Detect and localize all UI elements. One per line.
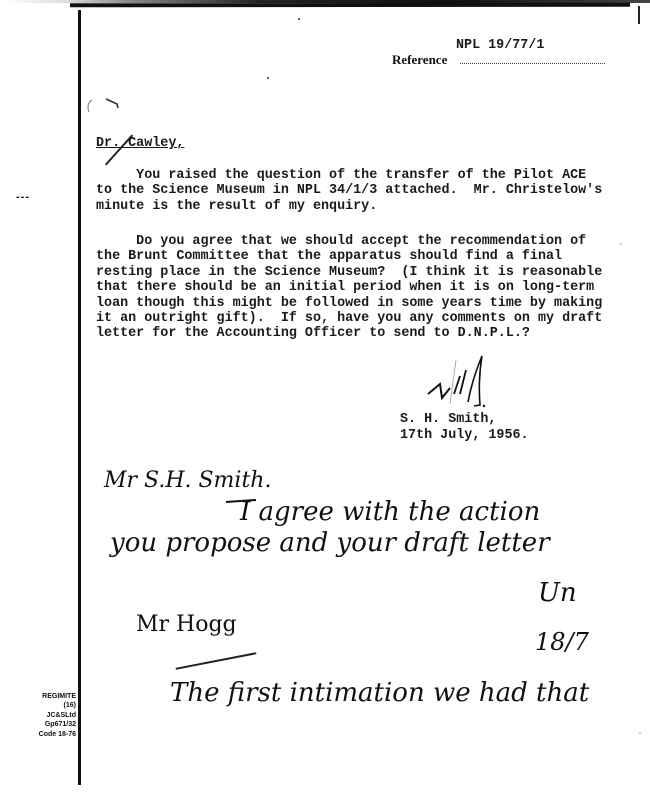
handwritten-line-1: I agree with the action — [240, 497, 540, 527]
printer-imprint: REGIMITE (16) JC&SLtd Gp671/32 Code 18-7… — [2, 692, 76, 739]
reference-label: Reference — [392, 52, 447, 68]
margin-dash-mark: --- — [16, 191, 30, 203]
handwritten-addressee: Mr S.H. Smith. — [104, 468, 271, 493]
handwritten-line-2: you propose and your draft letter — [110, 528, 550, 558]
handwritten-underline — [176, 652, 257, 670]
page-top-border — [70, 3, 630, 7]
printer-imprint-line: Code 18-76 — [2, 730, 76, 739]
letter-date: 17th July, 1956. — [400, 428, 529, 443]
page-corner-mark — [638, 6, 640, 24]
handwritten-date: 18/7 — [535, 628, 589, 656]
scan-speck — [267, 77, 269, 79]
handwritten-line-3: The first intimation we had that — [170, 678, 589, 708]
printer-imprint-line: JC&SLtd — [2, 711, 76, 720]
reference-number: NPL 19/77/1 — [456, 38, 544, 53]
scan-speck — [639, 732, 641, 734]
signatory-name: S. H. Smith, — [400, 412, 496, 427]
handwritten-forward-to: Mr Hogg — [136, 612, 237, 637]
paragraph-1: You raised the question of the transfer … — [96, 168, 602, 214]
printer-imprint-line: Gp671/32 — [2, 720, 76, 729]
salutation: Dr. Cawley, — [96, 136, 184, 151]
document-page: --- NPL 19/77/1 Reference Dr. Cawley, Yo… — [0, 0, 650, 801]
reference-dotted-line — [460, 63, 605, 64]
paragraph-2: Do you agree that we should accept the r… — [96, 234, 602, 342]
printer-imprint-line: REGIMITE — [2, 692, 76, 701]
signature-initials — [420, 350, 520, 412]
scan-speck — [298, 18, 300, 20]
scan-speck — [620, 243, 622, 245]
margin-rule — [78, 10, 81, 785]
handwritten-initials: Un — [538, 578, 577, 608]
bracket-pencil-mark — [84, 94, 124, 118]
printer-imprint-line: (16) — [2, 701, 76, 710]
